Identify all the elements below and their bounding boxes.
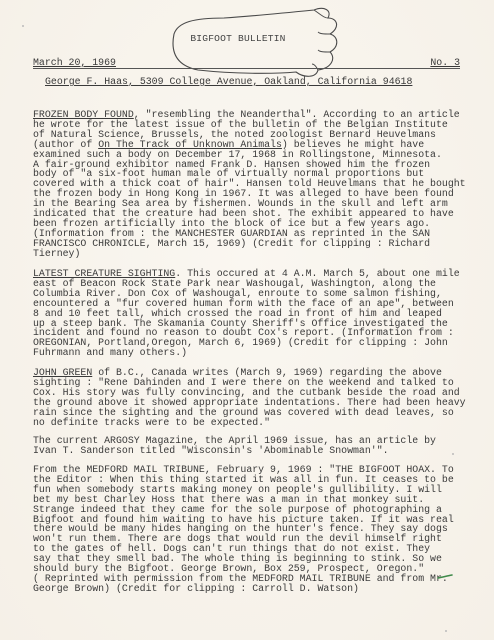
line: Ivan T. Sanderson titled "Wisconsin's 'A… <box>33 445 389 456</box>
line: Fuhrmann and many others.) <box>33 347 187 358</box>
bulletin-title: BIGFOOT BULLETIN <box>0 33 494 44</box>
paper-speck <box>445 630 447 632</box>
bulletin-title-text: BIGFOOT BULLETIN <box>190 33 285 44</box>
paper-speck <box>22 25 24 27</box>
paper-speck <box>452 453 454 455</box>
line: FRANCISCO CHRONICLE, March 15, 1969) (Cr… <box>33 238 430 249</box>
article-creature-sighting: LATEST CREATURE SIGHTING. This occured a… <box>33 269 460 358</box>
bulletin-page: BIGFOOT BULLETIN March 20, 1969 No. 3 Ge… <box>0 0 494 640</box>
article-john-green: JOHN GREEN of B.C., Canada writes (March… <box>33 368 466 427</box>
issue-date: March 20, 1969 <box>33 57 116 68</box>
line: George Brown) (Credit for clipping : Car… <box>33 583 359 594</box>
header-rule <box>33 68 460 69</box>
green-check-mark-icon <box>437 574 453 579</box>
article-medford-letter: From the MEDFORD MAIL TRIBUNE, February … <box>33 465 454 594</box>
issue-number: No. 3 <box>430 57 460 68</box>
line: Tierney) <box>33 248 80 259</box>
article-argosy: The current ARGOSY Magazine, the April 1… <box>33 436 436 456</box>
article-frozen-body: FROZEN BODY FOUND, "resembling the Neand… <box>33 110 466 259</box>
line: no definite tracks were to be expected." <box>33 417 270 428</box>
editor-address: George F. Haas, 5309 College Avenue, Oak… <box>45 76 412 87</box>
